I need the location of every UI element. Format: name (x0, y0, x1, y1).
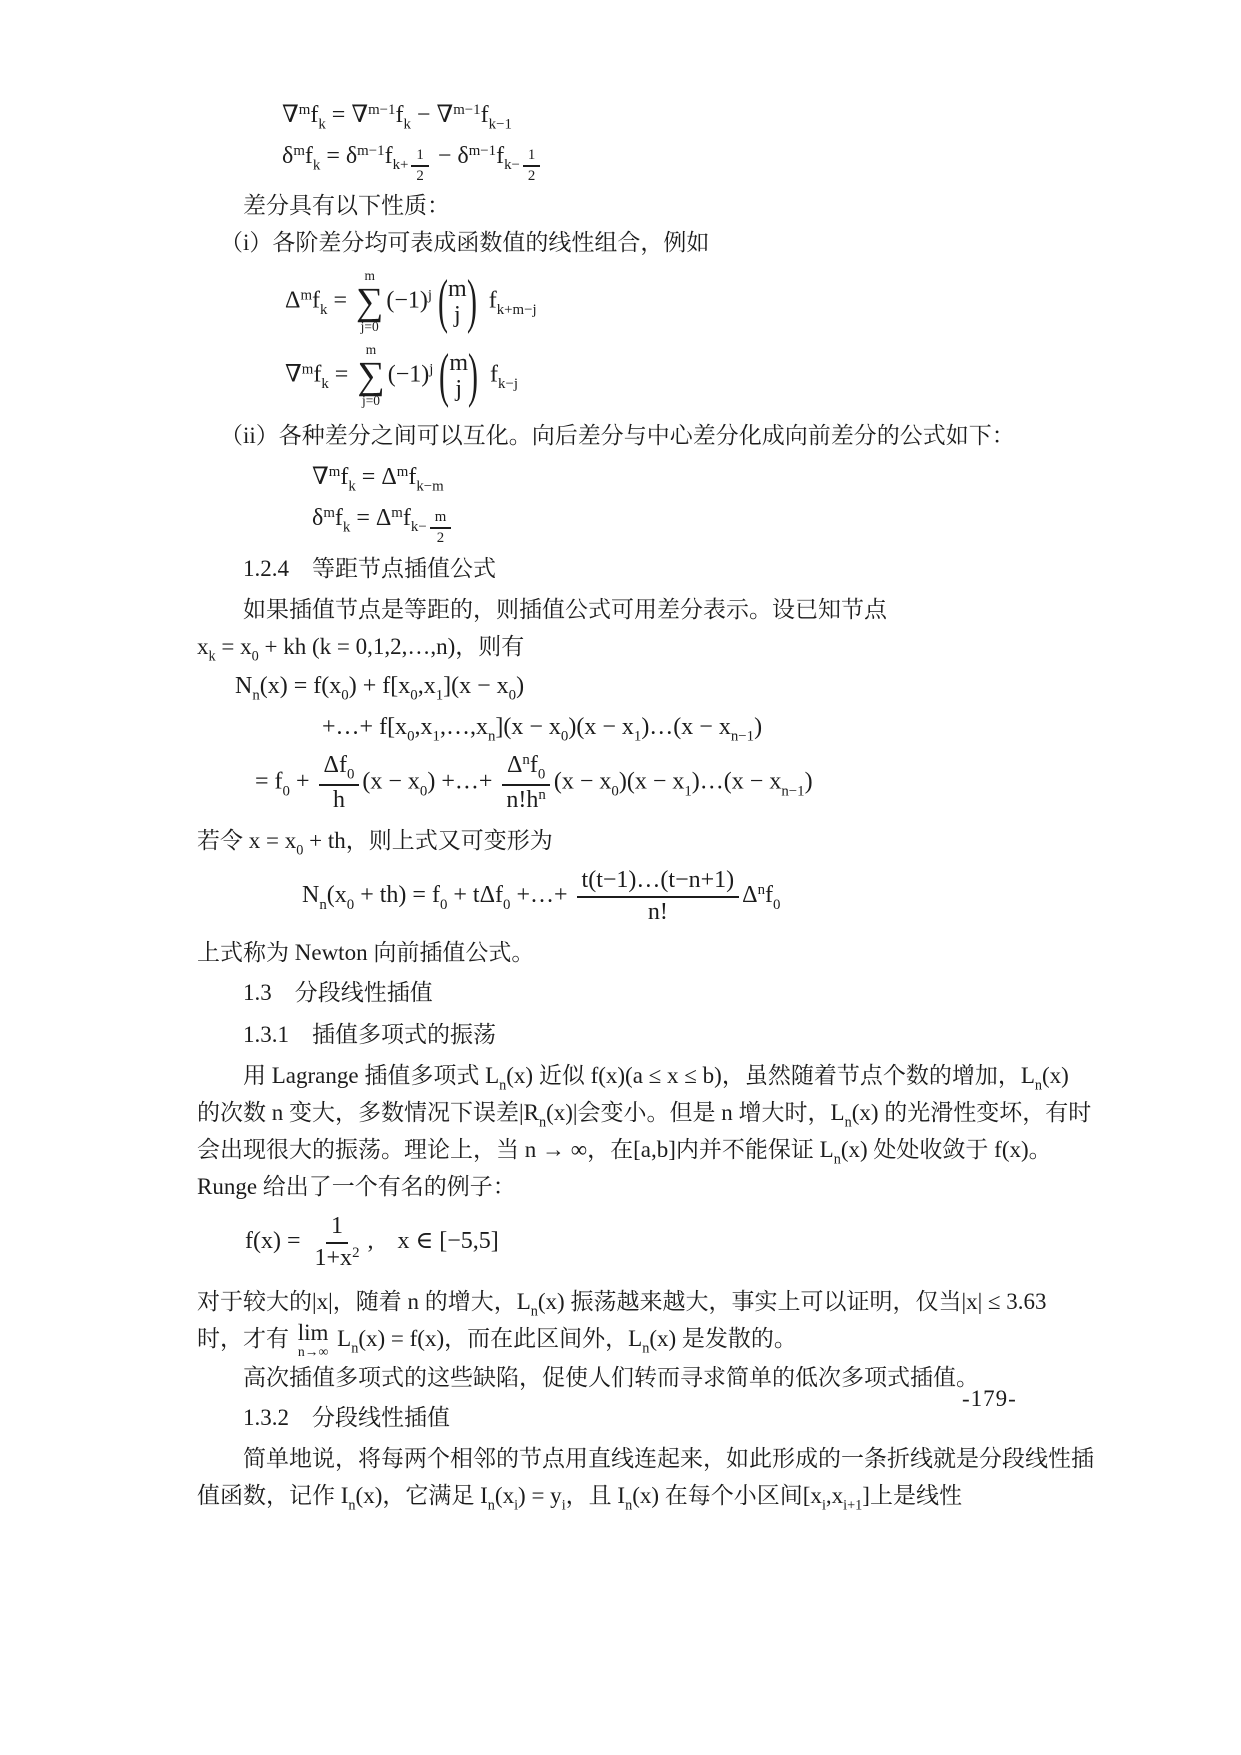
formula-nabla-recurrence: ∇mfk = ∇m−1fk − ∇m−1fk−1 (282, 100, 1097, 133)
para-newton-name: 上式称为 Newton 向前插值公式。 (197, 934, 1097, 971)
formula-forward-difference-sum: Δmfk = m∑j=0(−1)j(mj) fk+m−j (285, 269, 1097, 335)
formula-newton-line-3: = f0 + Δf0h(x − x0) +…+ Δnf0n!hn(x − x0)… (255, 752, 1097, 814)
formula-backward-difference-sum: ∇mfk = m∑j=0(−1)j(mj) fk−j (285, 343, 1097, 409)
heading-1-3: 1.3 分段线性插值 (197, 973, 1097, 1013)
page-content: ∇mfk = ∇m−1fk − ∇m−1fk−1 δmfk = δm−1fk+1… (197, 92, 1097, 1514)
heading-1-3-1: 1.3.1 插值多项式的振荡 (197, 1015, 1097, 1055)
document-page: ∇mfk = ∇m−1fk − ∇m−1fk−1 δmfk = δm−1fk+1… (0, 0, 1241, 1755)
para-lagrange-oscillation: 用 Lagrange 插值多项式 Ln(x) 近似 f(x)(a ≤ x ≤ b… (197, 1057, 1097, 1205)
formula-node-definition: xk = x0 + kh (k = 0,1,2,…,n)，则有 (197, 628, 1097, 665)
formula-conversion-1: ∇mfk = Δmfk−m (312, 462, 1097, 495)
para-difference-properties: 差分具有以下性质： (197, 187, 1097, 224)
formula-newton-forward: Nn(x0 + th) = f0 + tΔf0 +…+ t(t−1)…(t−n+… (302, 867, 1097, 926)
formula-delta-recurrence: δmfk = δm−1fk+12 − δm−1fk−12 (282, 141, 1097, 185)
para-equidistant-nodes: 如果插值节点是等距的，则插值公式可用差分表示。设已知节点 (197, 591, 1097, 628)
formula-newton-line-1: Nn(x) = f(x0) + f[x0,x1](x − x0) (235, 671, 1097, 704)
formula-newton-line-2: +…+ f[x0,x1,…,xn](x − x0)(x − x1)…(x − x… (322, 712, 1097, 745)
formula-runge-function: f(x) = 11+x2, x ∈ [−5,5] (245, 1213, 1097, 1272)
para-divergence: 对于较大的|x|，随着 n 的增大，Ln(x) 振荡越来越大，事实上可以证明，仅… (197, 1283, 1097, 1360)
para-item-i: （i）各阶差分均可表成函数值的线性组合，例如 (197, 224, 1097, 261)
para-piecewise-linear: 简单地说，将每两个相邻的节点用直线连起来，如此形成的一条折线就是分段线性插值函数… (197, 1440, 1097, 1514)
page-number: -179- (962, 1386, 1017, 1412)
para-item-ii: （ii）各种差分之间可以互化。向后差分与中心差分化成向前差分的公式如下： (197, 417, 1097, 454)
heading-1-2-4: 1.2.4 等距节点插值公式 (197, 549, 1097, 589)
para-substitution: 若令 x = x0 + th，则上式又可变形为 (197, 822, 1097, 859)
formula-conversion-2: δmfk = Δmfk−m2 (312, 503, 1097, 547)
